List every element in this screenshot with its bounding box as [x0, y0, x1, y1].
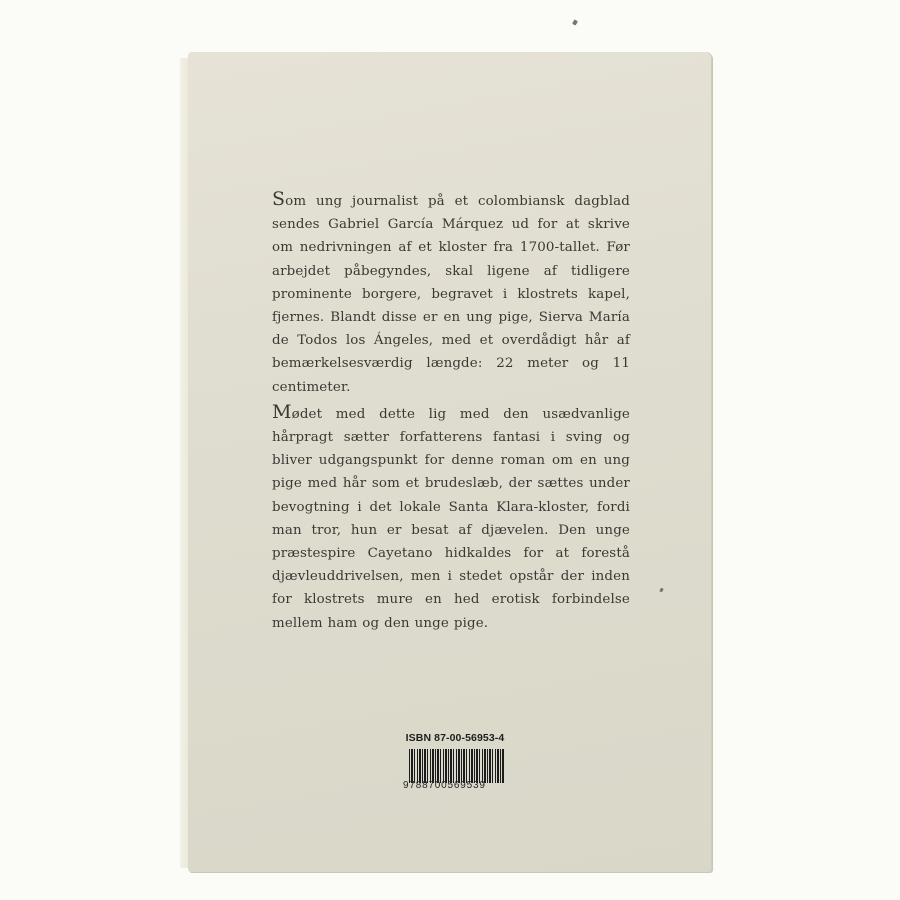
- book-back-cover: Som ung journalist på et colombiansk dag…: [188, 52, 712, 872]
- isbn-block: ISBN 87-00-56953-4 9788700569539: [400, 732, 510, 789]
- blurb-paragraph-2: Mødet med dette lig med den usædvanlige …: [272, 403, 630, 635]
- dust-speck: [659, 588, 664, 593]
- dust-speck: [572, 19, 578, 25]
- barcode-bars-icon: [409, 749, 505, 783]
- barcode-digits: 9788700569539: [403, 780, 507, 791]
- barcode: 9788700569539: [403, 749, 507, 789]
- dropcap-2: M: [272, 401, 292, 423]
- paragraph-2-text: ødet med dette lig med den usædvanlige h…: [272, 407, 630, 631]
- dropcap-1: S: [272, 188, 285, 210]
- blurb-text: Som ung journalist på et colombiansk dag…: [272, 190, 630, 639]
- isbn-label: ISBN 87-00-56953-4: [400, 732, 510, 744]
- page-edge-shadow: [180, 58, 188, 868]
- blurb-paragraph-1: Som ung journalist på et colombiansk dag…: [272, 190, 630, 399]
- paragraph-1-text: om ung journalist på et colombiansk dagb…: [272, 194, 630, 395]
